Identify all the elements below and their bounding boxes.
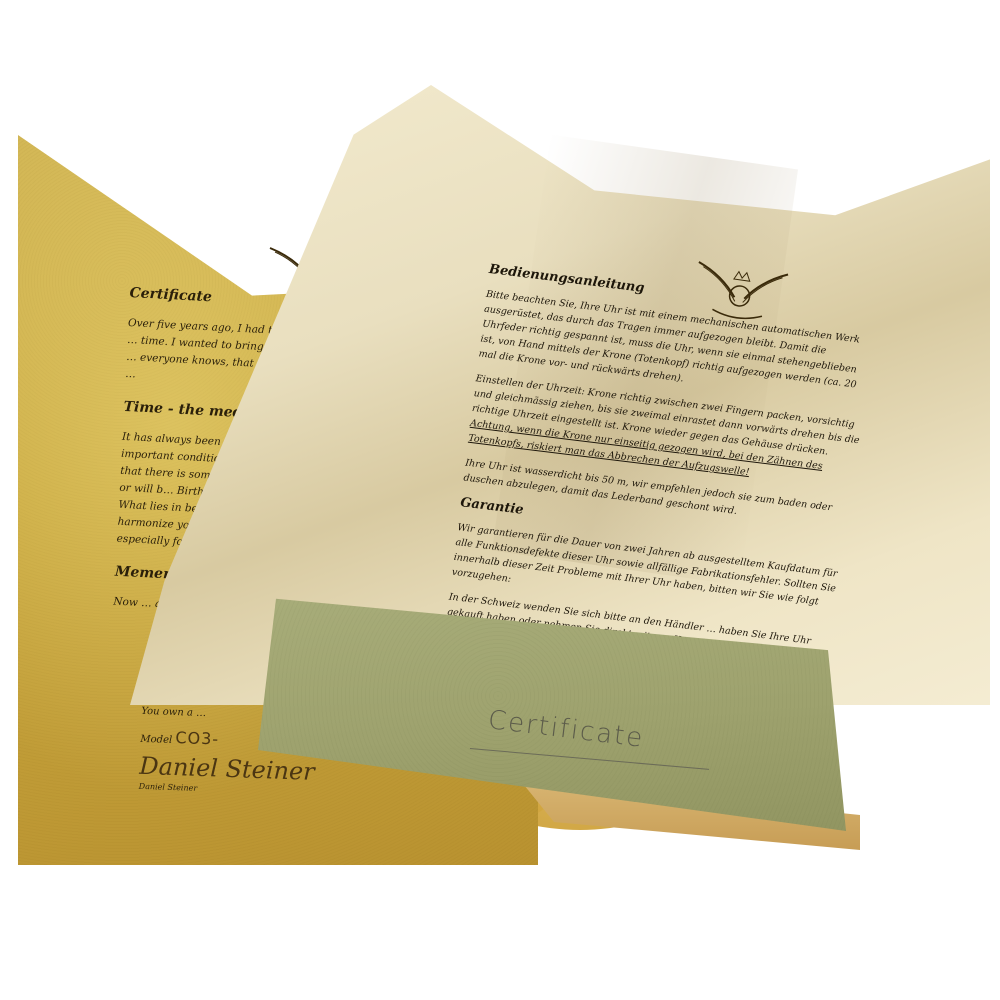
model-label: Model: [140, 734, 172, 746]
model-value: CO3-: [175, 728, 219, 749]
photo-scene: Certificate Over five years ago, I had t…: [0, 0, 1000, 1000]
